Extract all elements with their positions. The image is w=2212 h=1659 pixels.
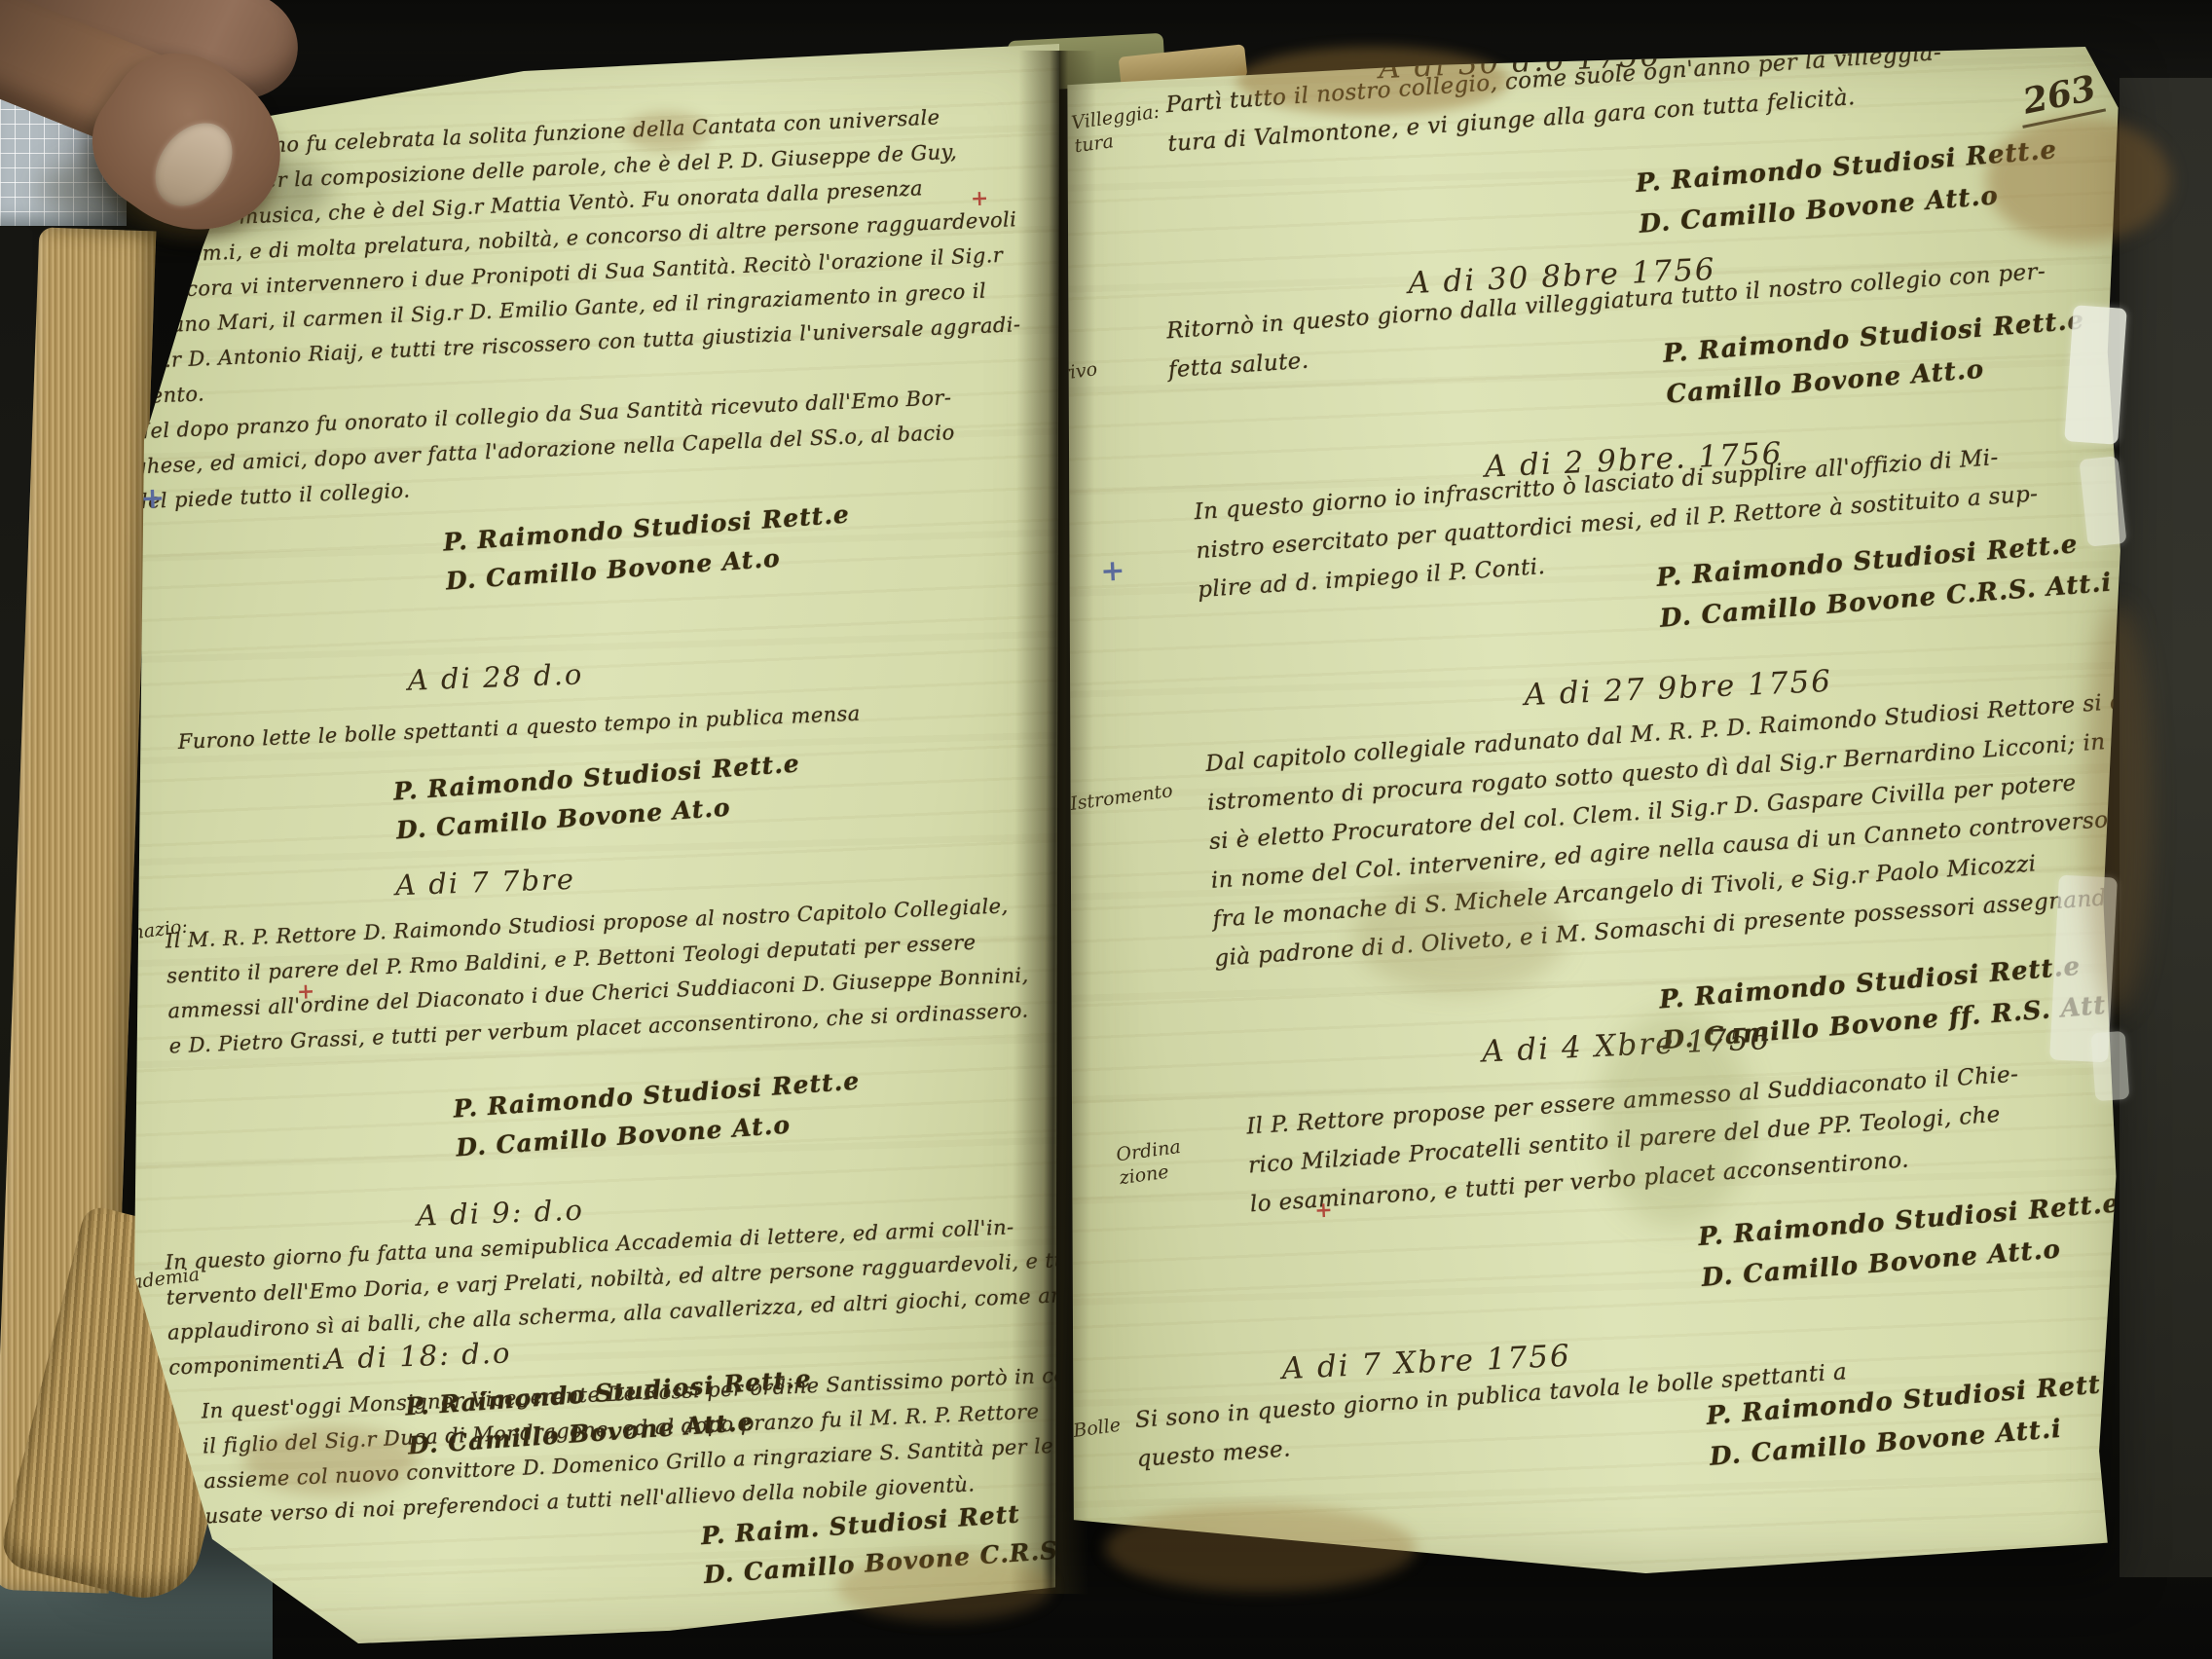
book-gutter-shadow — [1011, 51, 1096, 1594]
entry-date-heading: A di 9: d.o — [416, 1194, 584, 1233]
manuscript-line: fetta salute. — [1167, 342, 1310, 390]
pencil-cross-blue: + — [1100, 554, 1126, 589]
pencil-cross-red: + — [296, 978, 314, 1005]
signature-block: P. Raimondo Studiosi Rett.eD. Camillo Bo… — [442, 496, 854, 602]
manuscript-page-right: 263 A di 30 d.o 1756 Villeggia:tura Part… — [1063, 47, 2122, 1573]
entry-date-heading: A di 18: d.o — [323, 1336, 511, 1376]
repair-tape-glint — [2091, 1031, 2130, 1101]
signature-block: P. Raimondo Studiosi Rett.eD. Camillo Bo… — [1635, 129, 2062, 245]
signature-block: P. Raimondo Studiosi Rett.eD. Camillo Bo… — [391, 744, 803, 850]
background-surface-right — [2120, 78, 2212, 1577]
photo-stage: 262 A di 22 d.o Cantata In questo giorno… — [0, 0, 2212, 1659]
journal-entry: A di 30 8bre 1756 Arrivo Ritornò in ques… — [1072, 233, 2137, 434]
margin-note: Ordinazione — [1115, 1135, 1185, 1190]
repair-tape-glint — [2064, 305, 2127, 444]
journal-entry: A di 18: d.o In quest'oggi Monsignor Vic… — [129, 1315, 1112, 1608]
pencil-cross-blue: + — [140, 481, 166, 516]
hand-holding-page — [0, 0, 389, 263]
entry-body: Dal capitolo collegiale radunato dal M. … — [1205, 700, 2197, 978]
entry-date-heading: A di 28 d.o — [407, 657, 584, 696]
entry-body: Il M. R. P. Rettore D. Raimondo Studiosi… — [165, 894, 1030, 1064]
journal-entry: A di 2 9bre. 1756 In questo giorno io in… — [1080, 420, 2147, 657]
pencil-cross-red: + — [1314, 1198, 1334, 1224]
journal-entry: A di 7 7bre Ordinazio:ne. Il M. R. P. Re… — [113, 845, 1096, 1173]
signature-block: P. Raimondo Studiosi Rett.eD. Camillo Bo… — [452, 1062, 864, 1168]
entry-date-heading: A di 7 7bre — [395, 863, 576, 902]
journal-entry: A di 4 Xbre 1756 Ordinazione Il P. Retto… — [1107, 1004, 2177, 1318]
right-page-content: 263 A di 30 d.o 1756 Villeggia:tura Part… — [1061, 0, 2189, 1572]
journal-entry: A di 28 d.o Bolle Furono lette le bolle … — [105, 641, 1085, 854]
pencil-cross-red: + — [970, 186, 988, 212]
entry-body: Partì tutto il nostro collegio, come suo… — [1165, 51, 1945, 164]
journal-entry: A di 7 Xbre 1756 Bolle Si sono in questo… — [1121, 1310, 2185, 1496]
manuscript-page-left: 262 A di 22 d.o Cantata In questo giorno… — [86, 39, 1059, 1643]
